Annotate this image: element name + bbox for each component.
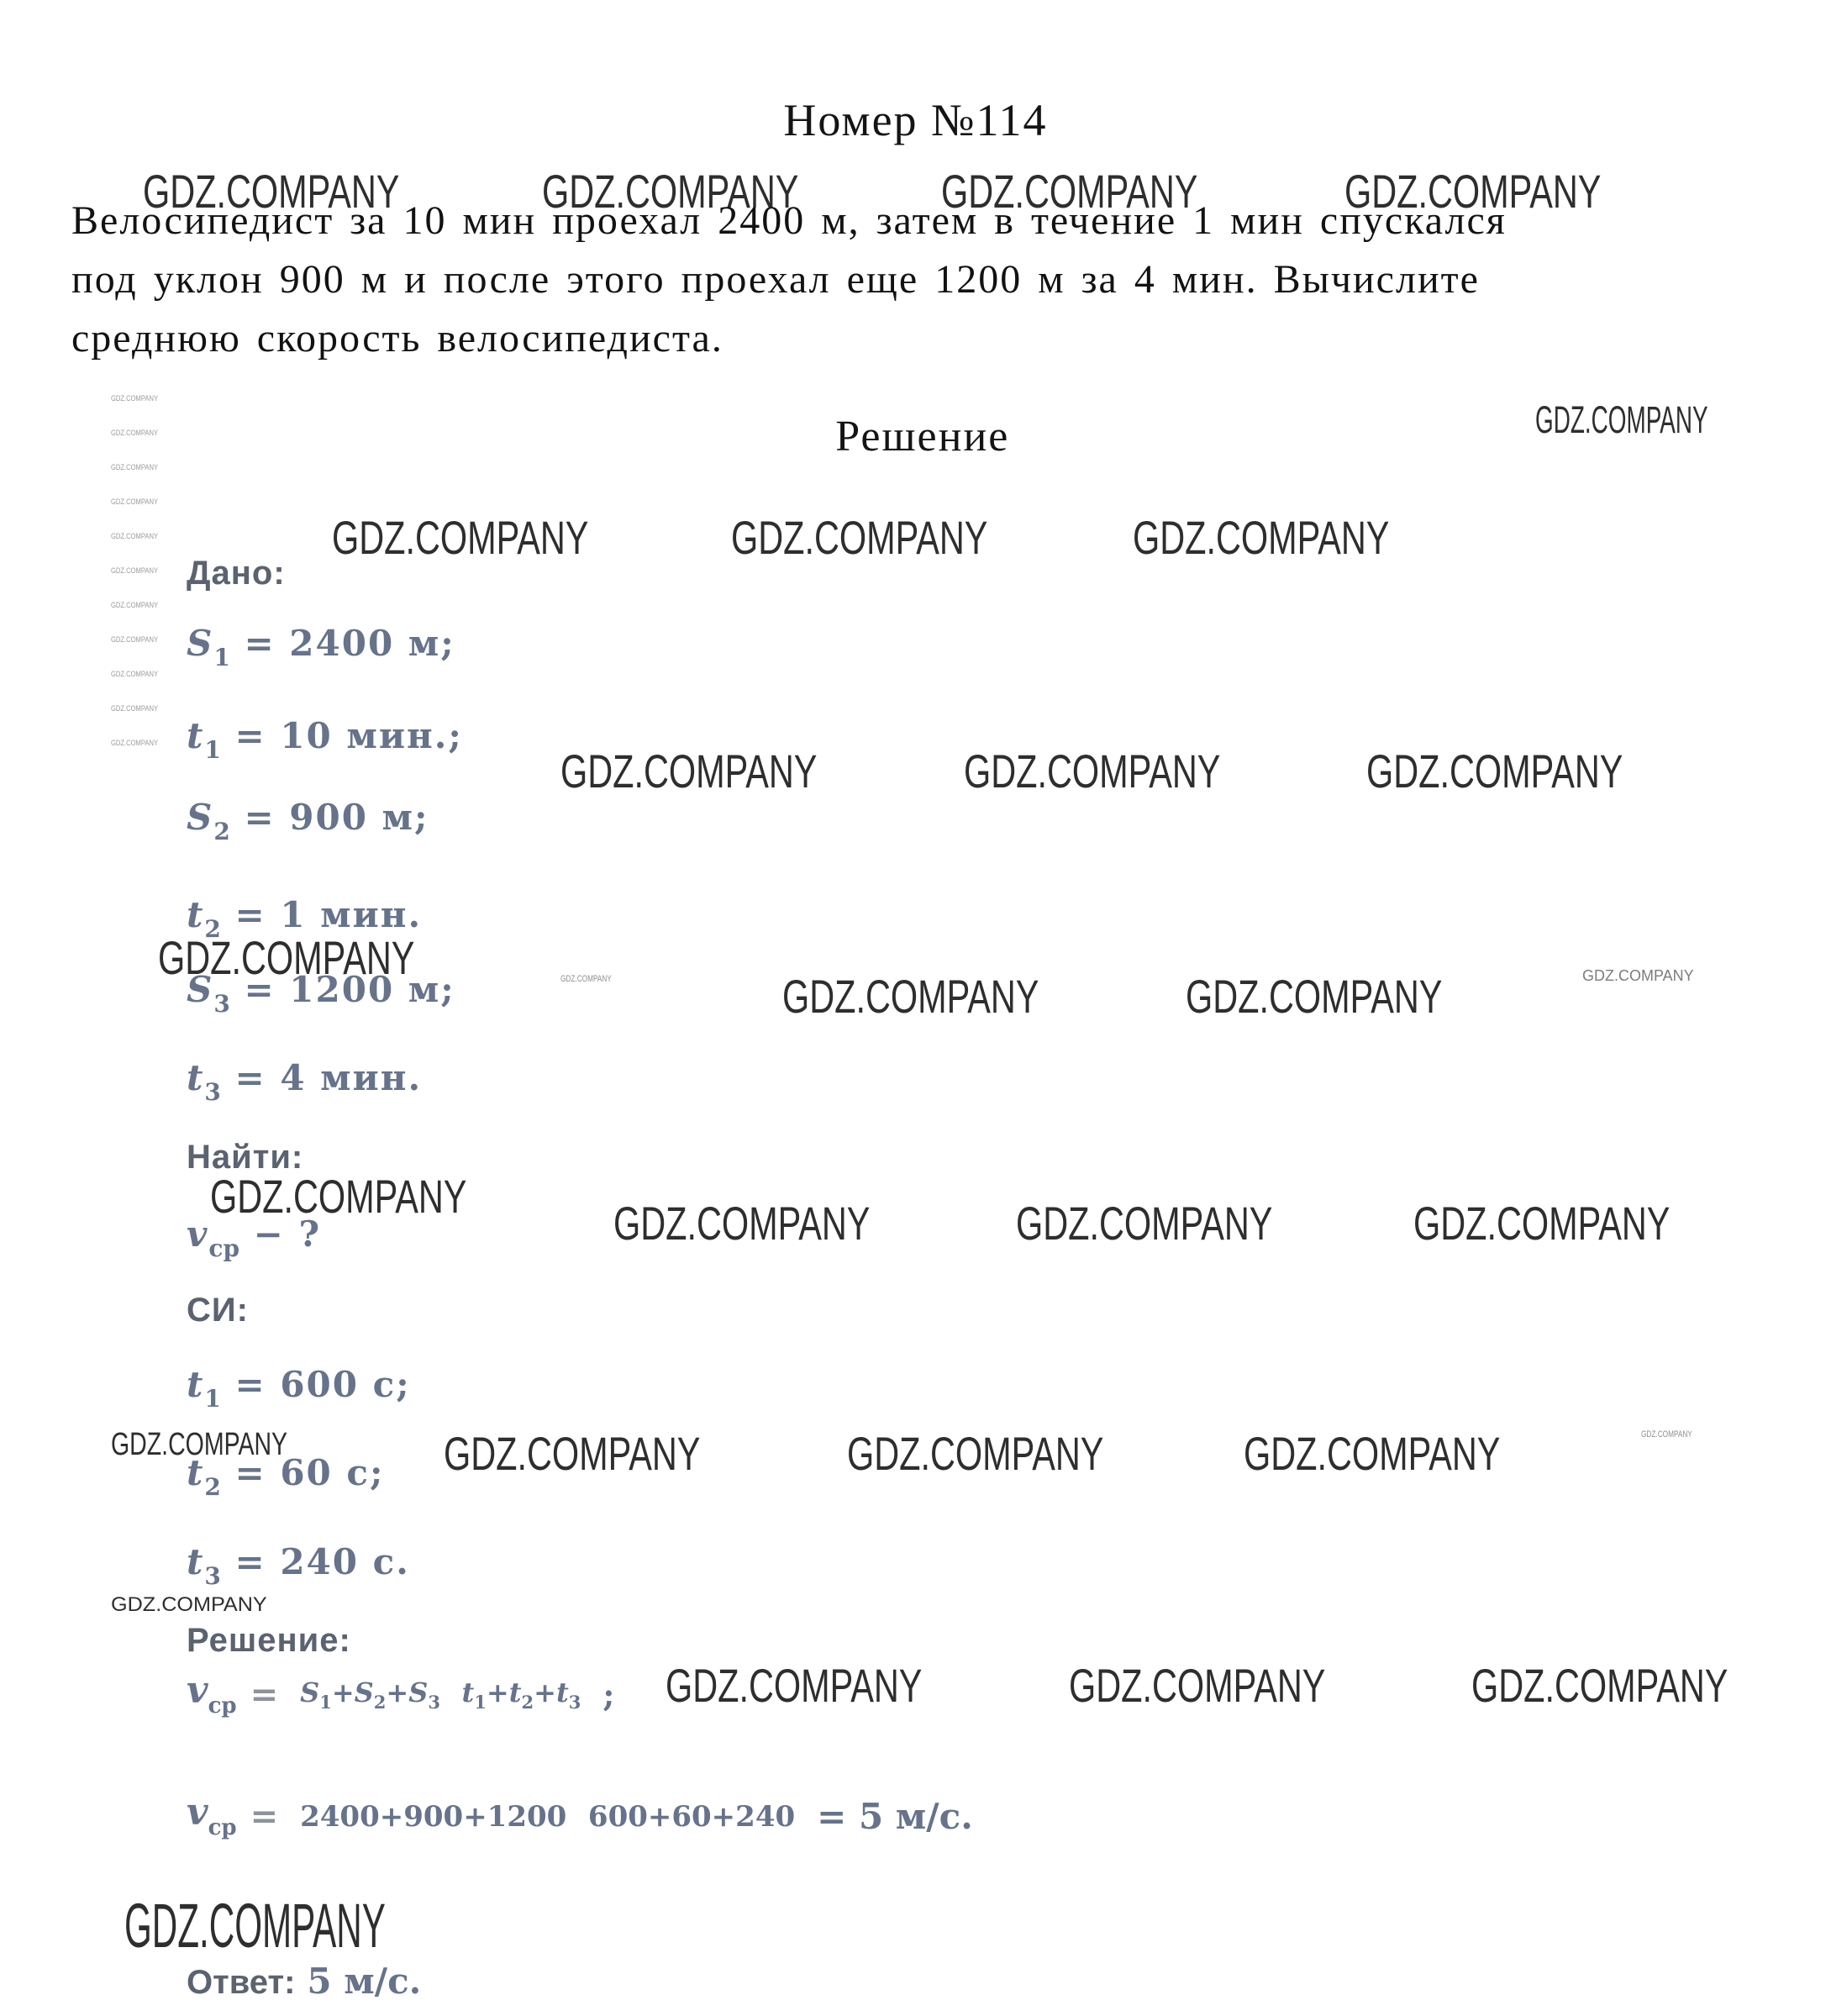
solution-heading: Решение <box>835 412 1009 461</box>
formula2-result: = 5 м/с. <box>817 1799 973 1834</box>
den-t2-sub: 2 <box>522 1692 534 1713</box>
watermark-text: GDZ.COMPANY <box>111 602 158 610</box>
watermark-text: GDZ.COMPANY <box>111 429 158 438</box>
num-s2: S <box>355 1676 374 1708</box>
var-v-sub: ср <box>208 1234 239 1262</box>
watermark-text: GDZ.COMPANY <box>613 1200 870 1247</box>
watermark-text: GDZ.COMPANY <box>560 975 612 984</box>
var-t3: t <box>187 1057 204 1098</box>
si-item-t2-value: = 60 с; <box>235 1452 385 1493</box>
watermark-text: GDZ.COMPANY <box>1582 968 1694 983</box>
given-item-t1-value: = 10 мин.; <box>235 715 463 756</box>
watermark-text: GDZ.COMPANY <box>1016 1200 1272 1247</box>
formula1-fraction: S1+S2+S3 t1+t2+t3 <box>292 1679 589 1711</box>
watermark-text: GDZ.COMPANY <box>111 671 158 679</box>
formula1-equals: = <box>250 1678 279 1712</box>
given-item-t2-value: = 1 мин. <box>235 894 423 935</box>
problem-line-2: под уклон 900 м и после этого проехал ещ… <box>71 250 1507 309</box>
watermark-text: GDZ.COMPANY <box>444 1430 700 1477</box>
num-s2-sub: 2 <box>374 1692 387 1713</box>
den-t1-sub: 1 <box>474 1692 487 1713</box>
watermark-text: GDZ.COMPANY <box>1366 748 1623 795</box>
var-t3-sub: 3 <box>204 1078 220 1106</box>
formula2-denominator: 600+60+240 <box>580 1795 803 1834</box>
formula1-denominator: t1+t2+t3 <box>454 1671 590 1708</box>
given-item-s3: S3 = 1200 м; <box>187 972 455 1016</box>
formula1-var-v-sub: ср <box>208 1693 237 1719</box>
watermark-text: GDZ.COMPANY <box>111 705 158 713</box>
var-si-t2-sub: 2 <box>204 1473 220 1501</box>
watermark-text: GDZ.COMPANY <box>111 636 158 645</box>
var-s2-sub: 2 <box>213 818 229 845</box>
watermark-text: GDZ.COMPANY <box>1535 401 1708 439</box>
watermark-text: GDZ.COMPANY <box>111 567 158 576</box>
var-s1: S <box>187 623 213 664</box>
formula1-semicolon: ; <box>602 1679 614 1711</box>
formula2-lhs: vср <box>187 1794 237 1839</box>
den-t2: t <box>509 1676 522 1708</box>
watermark-text: GDZ.COMPANY <box>111 533 158 541</box>
watermark-text: GDZ.COMPANY <box>111 395 158 403</box>
find-label: Найти: <box>187 1139 303 1176</box>
given-item-s1-value: = 2400 м; <box>244 623 455 664</box>
answer-label: Ответ: <box>187 1964 295 2002</box>
answer-row: Ответ: 5 м/с. <box>187 1961 421 2002</box>
plus-sign: + <box>534 1676 556 1708</box>
formula1-lhs: vср <box>187 1672 237 1717</box>
watermark-text: GDZ.COMPANY <box>111 740 158 748</box>
watermark-text: GDZ.COMPANY <box>782 973 1039 1020</box>
formula-average-speed-numeric: vср = 2400+900+1200 600+60+240 = 5 м/с. <box>187 1794 973 1839</box>
formula-average-speed-symbolic: vср = S1+S2+S3 t1+t2+t3 ; <box>187 1672 614 1717</box>
var-s3: S <box>187 969 213 1010</box>
solution-label: Решение: <box>187 1622 351 1660</box>
given-item-s2-value: = 900 м; <box>244 797 429 838</box>
var-s3-sub: 3 <box>213 990 229 1018</box>
den-t3-sub: 3 <box>569 1692 581 1713</box>
num-s3: S <box>408 1676 428 1708</box>
si-item-t2: t2 = 60 с; <box>187 1455 384 1499</box>
formula2-var-v: v <box>187 1791 208 1834</box>
var-t1: t <box>187 715 204 756</box>
formula1-numerator: S1+S2+S3 <box>292 1676 449 1715</box>
formula2-var-v-sub: ср <box>208 1815 237 1840</box>
problem-text: Велосипедист за 10 мин проехал 2400 м, з… <box>71 192 1507 368</box>
si-item-t3-value: = 240 с. <box>235 1541 410 1582</box>
var-si-t1-sub: 1 <box>204 1385 220 1413</box>
watermark-text: GDZ.COMPANY <box>111 1595 267 1615</box>
given-item-s3-value: = 1200 м; <box>244 969 455 1010</box>
var-s1-sub: 1 <box>213 644 229 671</box>
plus-sign: + <box>332 1676 355 1708</box>
var-si-t1: t <box>187 1364 204 1405</box>
homework-solution-page: { "watermark": { "text": "GDZ.COMPANY" }… <box>0 0 1831 2016</box>
si-label: СИ: <box>187 1292 249 1329</box>
answer-value: 5 м/с. <box>307 1961 421 2002</box>
watermark-text: GDZ.COMPANY <box>124 1895 386 1957</box>
formula2-equals: = <box>250 1800 279 1834</box>
var-si-t3-sub: 3 <box>204 1562 220 1590</box>
watermark-text: GDZ.COMPANY <box>1244 1430 1500 1477</box>
si-item-t1: t1 = 600 с; <box>187 1367 411 1411</box>
var-t2-sub: 2 <box>204 915 220 943</box>
given-item-t3-value: = 4 мин. <box>235 1057 423 1098</box>
watermark-text: GDZ.COMPANY <box>1186 973 1442 1020</box>
watermark-text: GDZ.COMPANY <box>560 748 817 795</box>
watermark-text: GDZ.COMPANY <box>666 1662 922 1709</box>
watermark-text: GDZ.COMPANY <box>1069 1662 1325 1709</box>
given-item-t3: t3 = 4 мин. <box>187 1061 422 1104</box>
page-title: Номер №114 <box>0 94 1831 146</box>
watermark-text: GDZ.COMPANY <box>847 1430 1103 1477</box>
watermark-text: GDZ.COMPANY <box>964 748 1220 795</box>
given-label: Дано: <box>187 555 286 592</box>
problem-line-3: среднюю скорость велосипедиста. <box>71 309 1507 368</box>
plus-sign: + <box>487 1676 509 1708</box>
formula2-numerator: 2400+900+1200 <box>292 1800 575 1840</box>
given-item-s2: S2 = 900 м; <box>187 800 429 844</box>
watermark-text: GDZ.COMPANY <box>332 514 588 561</box>
var-si-t3: t <box>187 1541 204 1582</box>
given-item-t2: t2 = 1 мин. <box>187 897 422 941</box>
var-t2: t <box>187 894 204 935</box>
den-t1: t <box>462 1676 475 1708</box>
si-item-t1-value: = 600 с; <box>235 1364 411 1405</box>
formula2-fraction: 2400+900+1200 600+60+240 <box>292 1803 803 1831</box>
num-s3-sub: 3 <box>428 1692 440 1713</box>
num-s1: S <box>300 1676 319 1708</box>
num-s1-sub: 1 <box>319 1692 332 1713</box>
var-t1-sub: 1 <box>204 736 220 764</box>
given-item-t1: t1 = 10 мин.; <box>187 718 463 762</box>
find-expression: vср − ? <box>187 1217 321 1261</box>
den-t3: t <box>556 1676 569 1708</box>
watermark-text: GDZ.COMPANY <box>1133 514 1389 561</box>
watermark-text: GDZ.COMPANY <box>1413 1200 1670 1247</box>
problem-line-1: Велосипедист за 10 мин проехал 2400 м, з… <box>71 192 1507 250</box>
var-v: v <box>187 1213 208 1255</box>
plus-sign: + <box>386 1676 408 1708</box>
si-item-t3: t3 = 240 с. <box>187 1545 410 1588</box>
formula1-var-v: v <box>187 1669 208 1712</box>
watermark-text: GDZ.COMPANY <box>111 498 158 507</box>
watermark-text: GDZ.COMPANY <box>731 514 987 561</box>
watermark-text: GDZ.COMPANY <box>111 464 158 472</box>
var-si-t2: t <box>187 1452 204 1493</box>
var-s2: S <box>187 797 213 838</box>
watermark-text: GDZ.COMPANY <box>1471 1662 1728 1709</box>
given-item-s1: S1 = 2400 м; <box>187 626 455 670</box>
watermark-text: GDZ.COMPANY <box>1641 1430 1692 1440</box>
find-question: − ? <box>254 1213 321 1255</box>
